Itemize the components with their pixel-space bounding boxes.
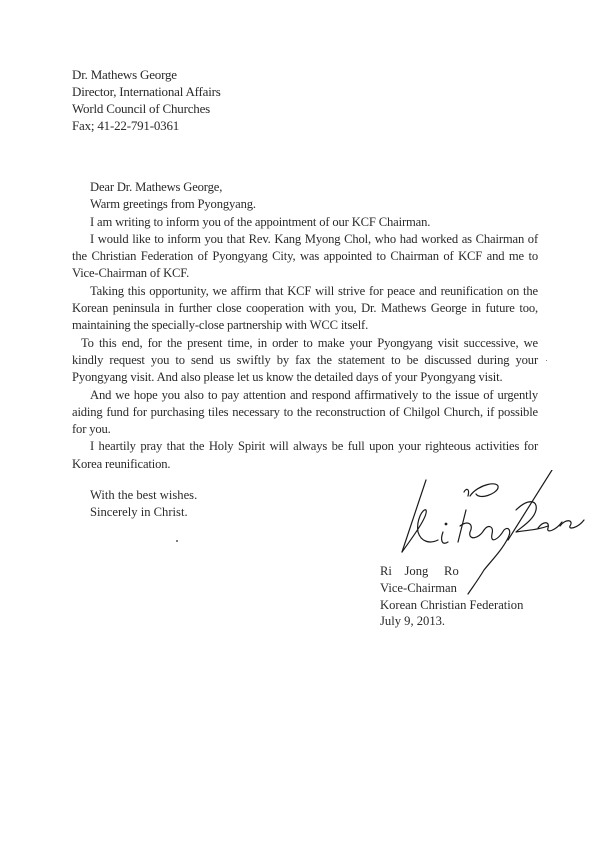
sender-title: Vice-Chairman (380, 580, 523, 597)
recipient-organization: World Council of Churches (72, 100, 221, 117)
recipient-fax: Fax; 41-22-791-0361 (72, 117, 221, 134)
paragraph-5: And we hope you also to pay attention an… (72, 387, 538, 439)
paragraph-3: Taking this opportunity, we affirm that … (72, 283, 538, 335)
greeting: Warm greetings from Pyongyang. (72, 196, 538, 213)
closing-sincerely: Sincerely in Christ. (90, 504, 197, 521)
closing-wishes: With the best wishes. (90, 487, 197, 504)
paragraph-6: I heartily pray that the Holy Spirit wil… (72, 438, 538, 473)
sender-name-part: Ro (444, 563, 459, 580)
sender-name-part: Ri (380, 563, 392, 580)
sender-organization: Korean Christian Federation (380, 597, 523, 614)
letter-page: Dr. Mathews George Director, Internation… (0, 0, 600, 848)
salutation: Dear Dr. Mathews George, (72, 179, 538, 196)
paragraph-4: To this end, for the present time, in or… (72, 335, 538, 387)
sender-name-part: Jong (405, 563, 429, 580)
paragraph-1: I am writing to inform you of the appoin… (72, 214, 538, 231)
letter-body: Dear Dr. Mathews George, Warm greetings … (72, 179, 538, 473)
recipient-address-block: Dr. Mathews George Director, Internation… (72, 66, 221, 134)
sender-block: Ri Jong Ro Vice-Chairman Korean Christia… (380, 563, 523, 630)
recipient-name: Dr. Mathews George (72, 66, 221, 83)
paragraph-2: I would like to inform you that Rev. Kan… (72, 231, 538, 283)
letter-date: July 9, 2013. (380, 613, 523, 630)
scan-speck (176, 540, 178, 542)
closing-block: With the best wishes. Sincerely in Chris… (90, 487, 197, 521)
recipient-title: Director, International Affairs (72, 83, 221, 100)
sender-name: Ri Jong Ro (380, 563, 523, 580)
scan-speck (546, 360, 547, 361)
